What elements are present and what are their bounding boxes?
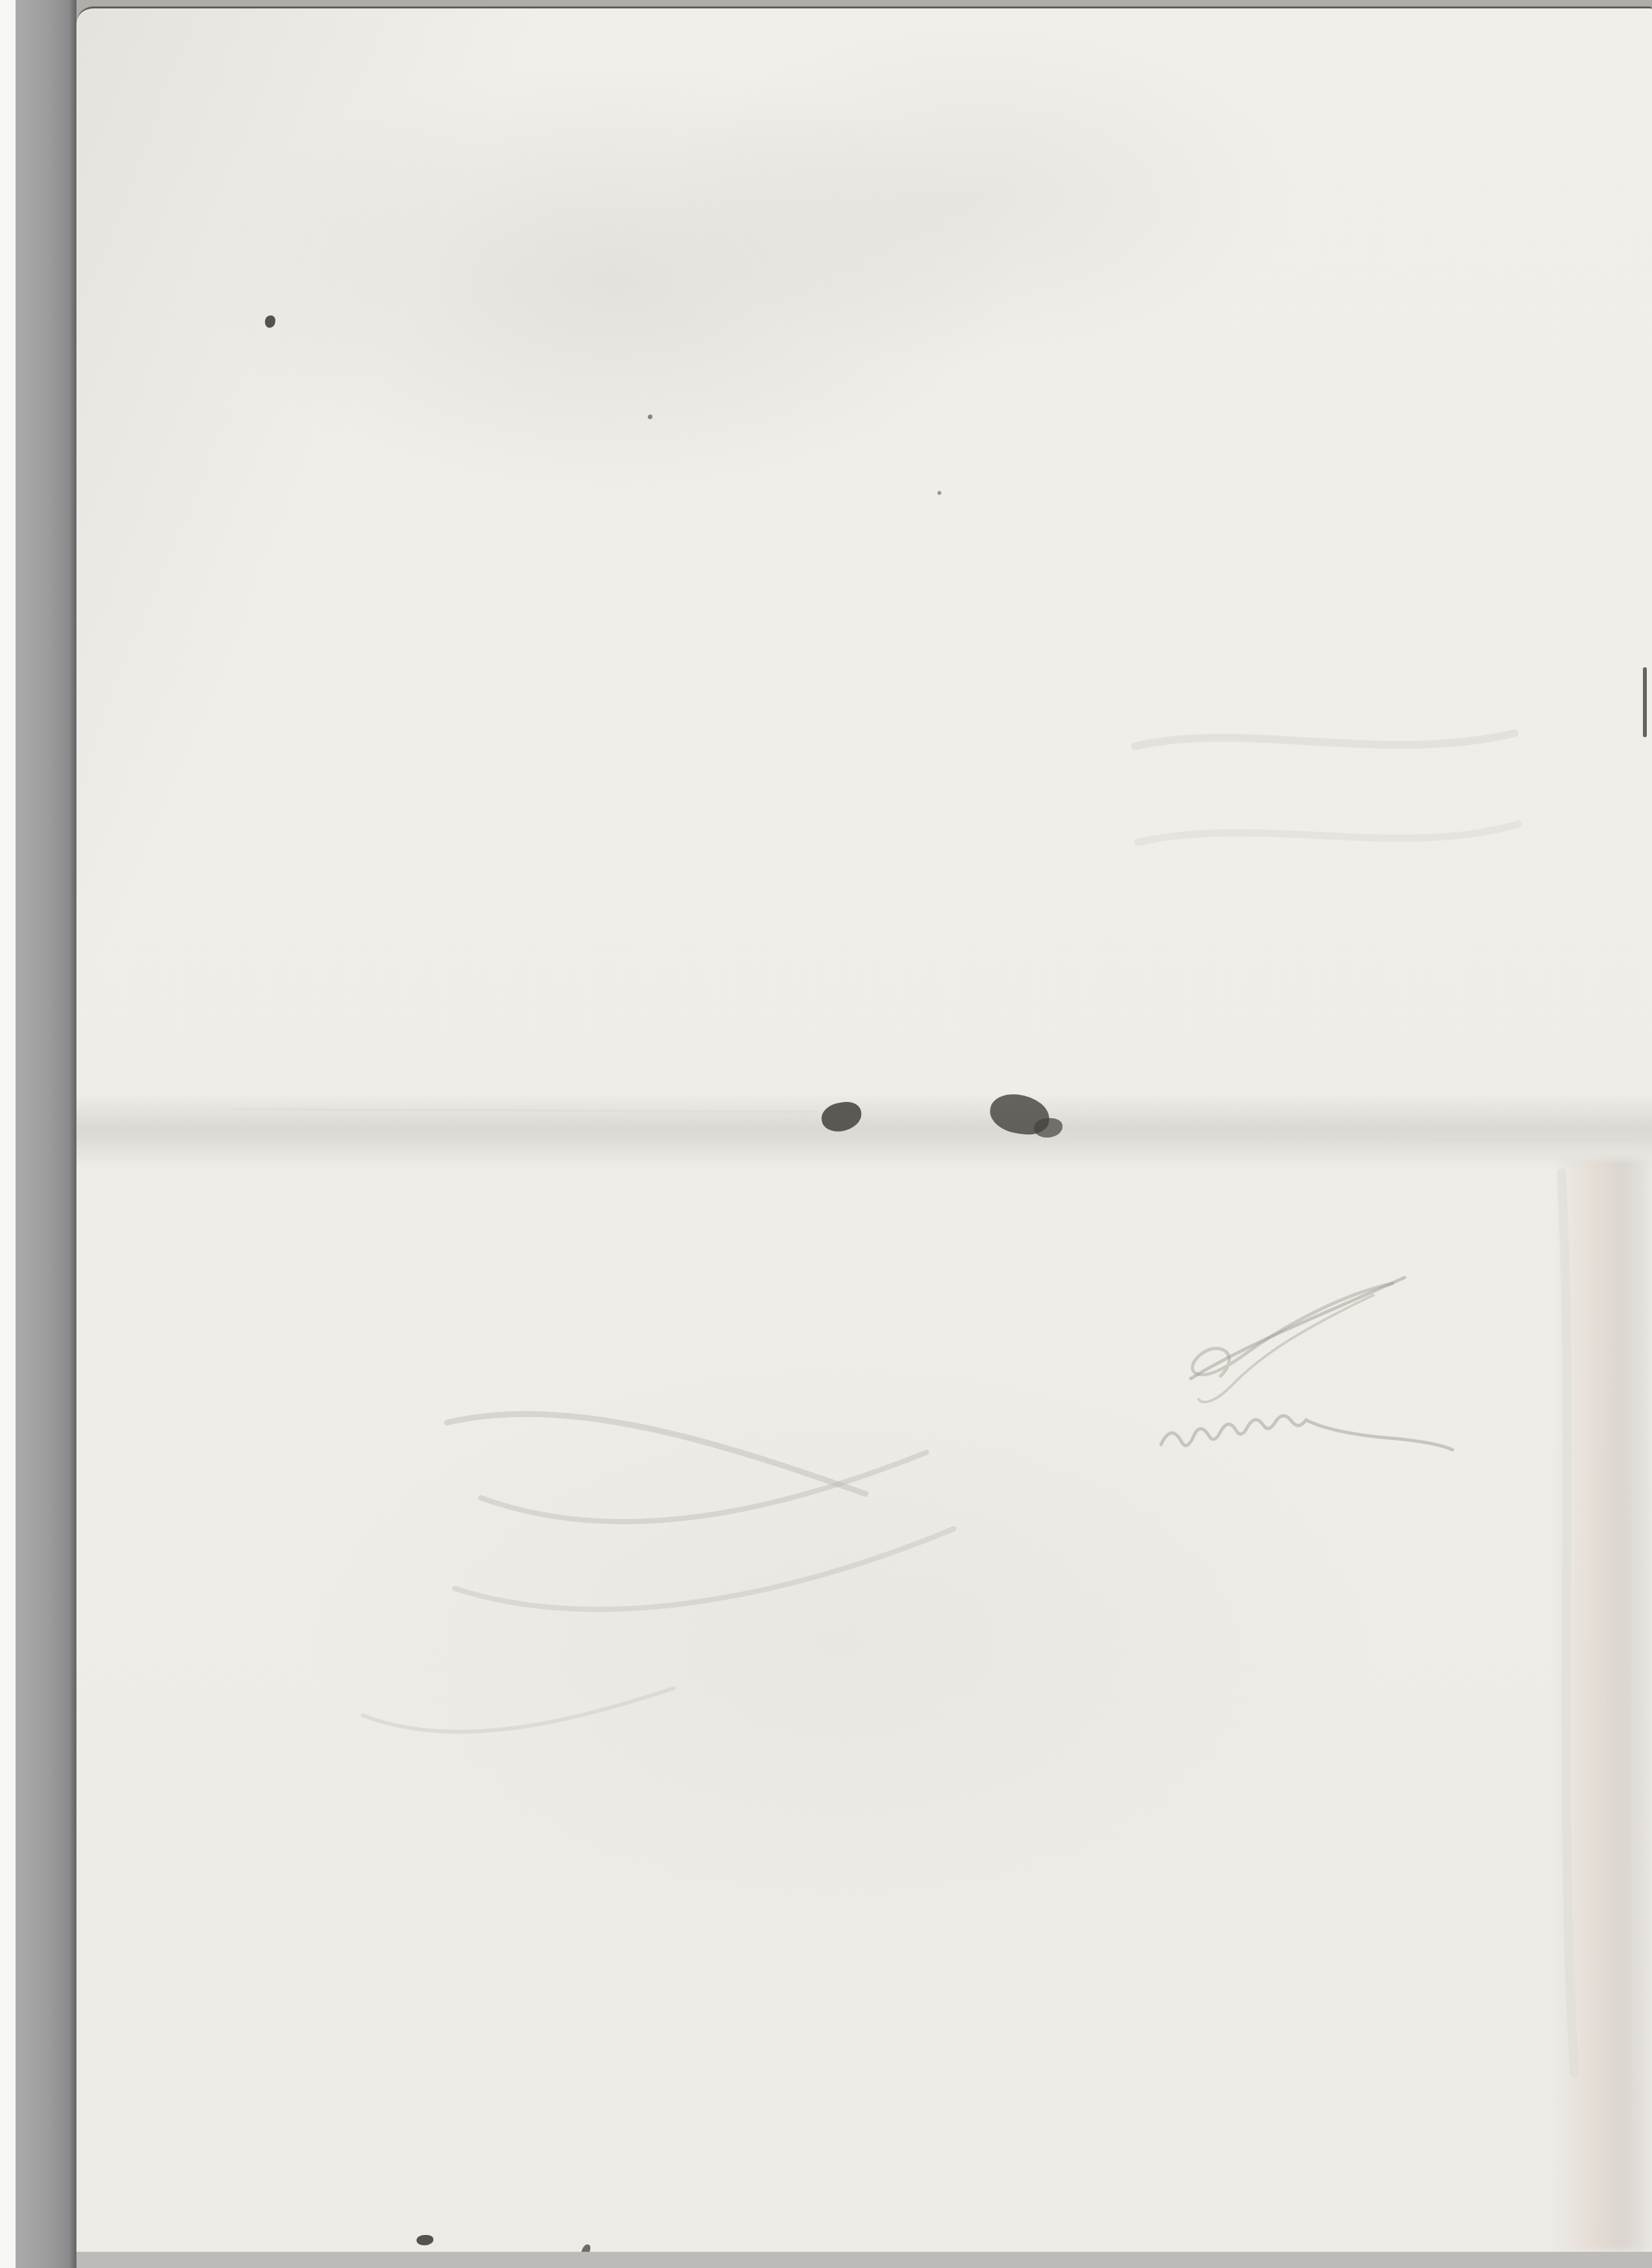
- page-fold-shadow: [76, 1094, 1652, 1170]
- edge-line-artifact: [1643, 667, 1647, 737]
- page-curl-shadow: [1554, 1160, 1652, 2252]
- scanner-edge-white: [0, 0, 16, 2268]
- scanner-edge-gray: [16, 0, 76, 2268]
- scanned-service-booklet: { "page12": { "title": "ОБСЛУЖИВАНИЕ ПРИ…: [0, 0, 1652, 2268]
- scanner-edge-bottom: [16, 2252, 1652, 2268]
